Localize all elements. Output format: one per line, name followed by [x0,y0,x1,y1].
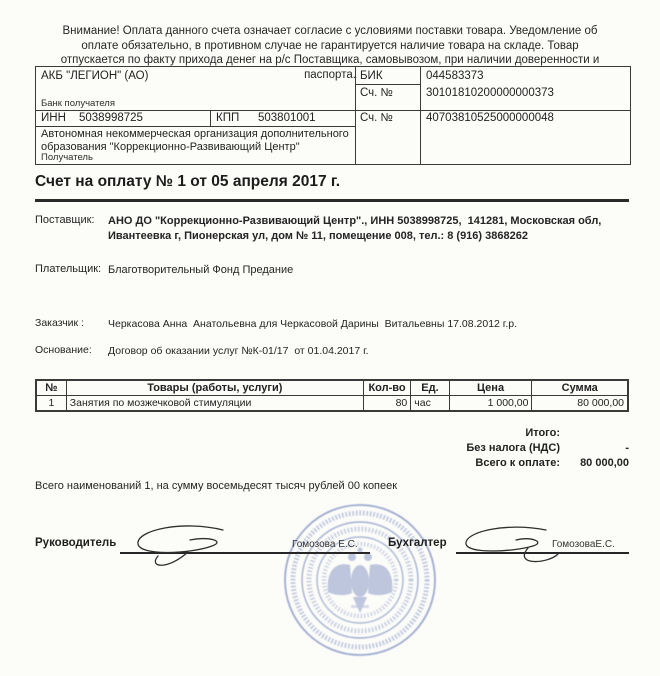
bank-label: Банк получателя [41,98,115,109]
item-sum: 80 000,00 [532,396,628,412]
payer-label: Плательщик: [35,263,101,275]
col-goods: Товары (работы, услуги) [66,380,363,396]
recipient-label: Получатель [41,152,93,163]
col-unit: Ед. [411,380,449,396]
total-label: Итого: [300,427,560,439]
col-number: № [36,380,66,396]
corr-account-label: Сч. № [360,87,393,99]
items-table: № Товары (работы, услуги) Кол-во Ед. Цен… [35,379,629,412]
item-price: 1 000,00 [449,396,532,412]
inn-value: 5038998725 [79,112,143,124]
director-label: Руководитель [35,537,116,549]
bik-value: 044583373 [426,70,484,82]
accountant-label: Бухгалтер [388,537,447,549]
table-divider [355,84,421,85]
table-divider [355,67,356,164]
summary-line: Всего наименований 1, на сумму восемьдес… [35,480,397,492]
accountant-signature-ink [458,524,573,570]
customer-label: Заказчик : [35,317,84,329]
col-price: Цена [449,380,532,396]
bank-details-table: АКБ "ЛЕГИОН" (АО) Банк получателя БИК 04… [35,66,631,165]
payer-value: Благотворительный Фонд Предание [108,263,628,278]
item-qty: 80 [363,396,410,412]
supplier-value: АНО ДО "Коррекционно-Развивающий Центр".… [108,214,636,244]
supplier-label: Поставщик: [35,214,94,226]
no-vat-value: - [558,442,629,454]
payable-value: 80 000,00 [558,457,629,469]
table-divider [210,110,211,126]
account-label: Сч. № [360,112,393,124]
item-unit: час [411,396,449,412]
kpp-value: 503801001 [258,112,316,124]
item-description: Занятия по мозжечковой стимуляции [66,396,363,412]
kpp-label: КПП [216,112,239,124]
items-header-row: № Товары (работы, услуги) Кол-во Ед. Цен… [36,380,628,396]
customer-value: Черкасова Анна Анатольевна для Черкасово… [108,317,628,332]
table-divider [36,110,630,111]
invoice-document: Внимание! Оплата данного счета означает … [0,0,660,676]
recipient-name: Автономная некоммерческая организация до… [41,128,349,154]
director-signature-ink [128,522,248,574]
bik-label: БИК [360,70,383,82]
title-rule [35,199,629,202]
col-qty: Кол-во [363,380,410,396]
double-eagle-emblem [328,548,393,614]
director-name: Гомозова Е.С. [292,539,358,550]
account-value: 40703810525000000048 [426,112,554,124]
basis-label: Основание: [35,344,92,356]
item-number: 1 [36,396,66,412]
no-vat-label: Без налога (НДС) [300,442,560,454]
invoice-title: Счет на оплату № 1 от 05 апреля 2017 г. [35,173,340,191]
table-row: 1 Занятия по мозжечковой стимуляции 80 ч… [36,396,628,412]
basis-value: Договор об оказании услуг №К-01/17 от 01… [108,344,628,359]
corr-account-value: 30101810200000000373 [426,87,554,99]
bank-name: АКБ "ЛЕГИОН" (АО) [41,70,148,82]
col-sum: Сумма [532,380,628,396]
table-divider [36,126,356,127]
payable-label: Всего к оплате: [300,457,560,469]
inn-label: ИНН [41,112,66,124]
table-divider [420,67,421,164]
round-seal-stamp [281,501,439,659]
